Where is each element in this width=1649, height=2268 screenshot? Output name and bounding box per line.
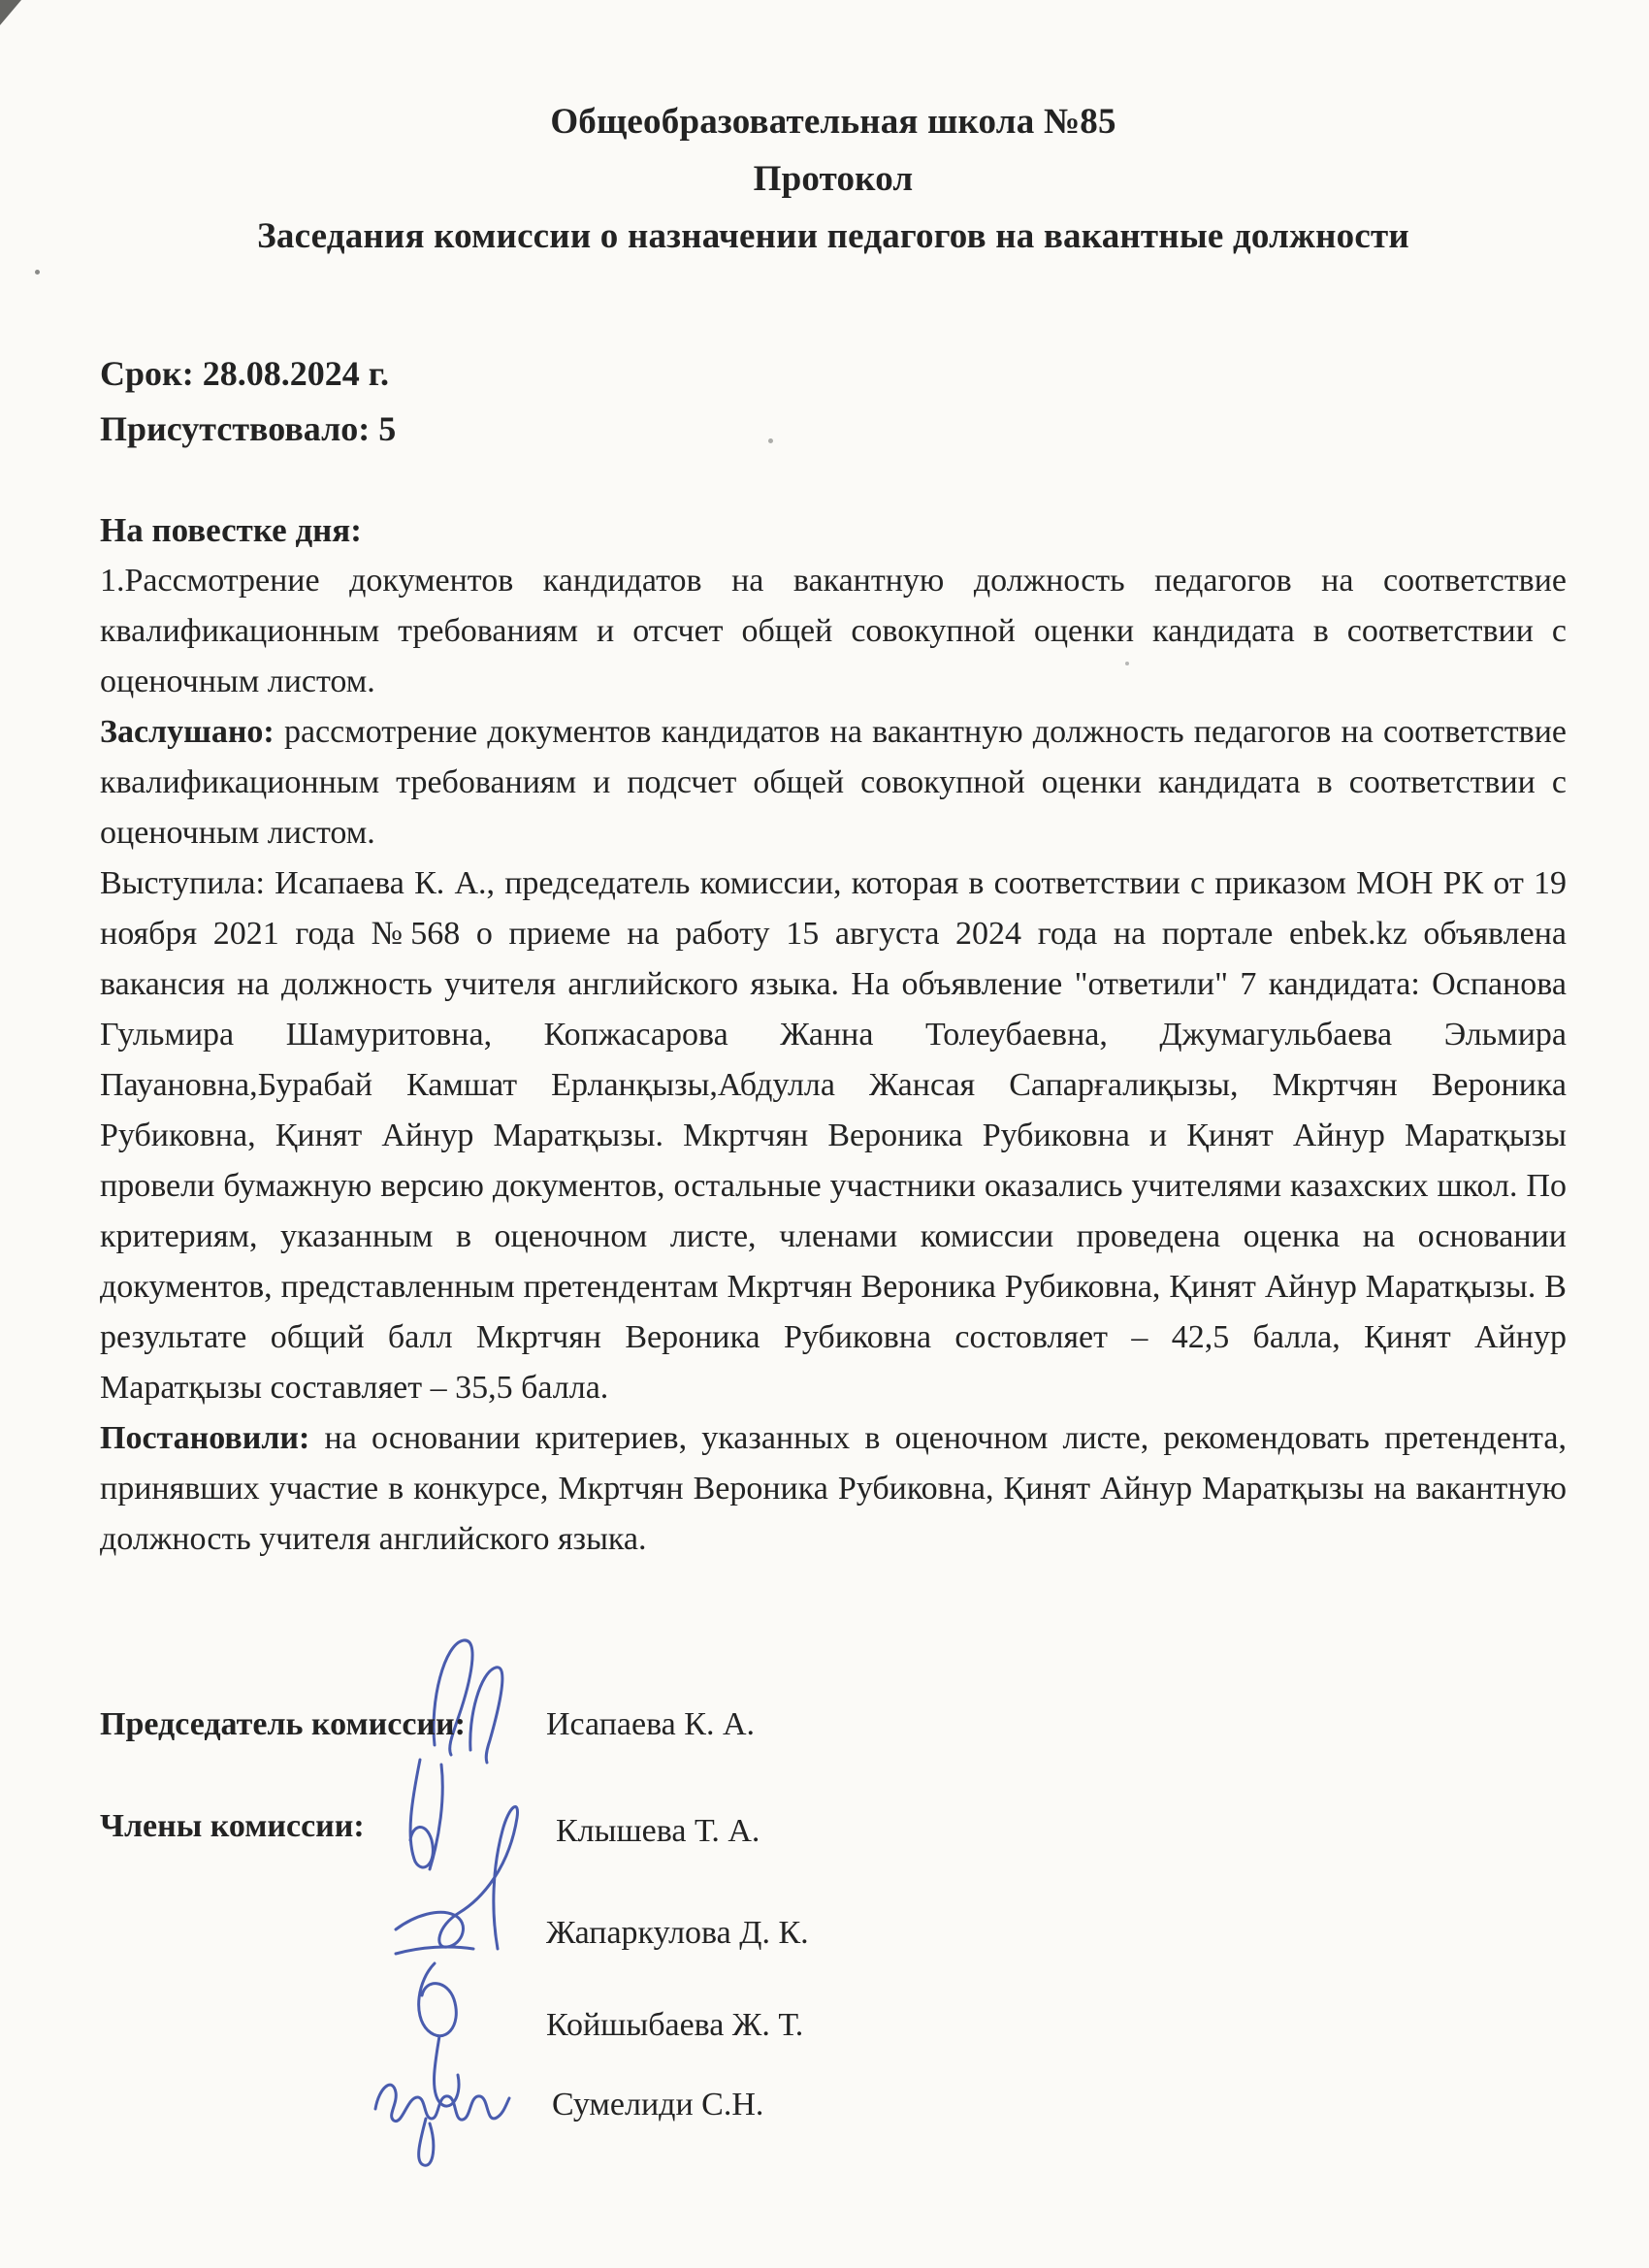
chairman-label: Председатель комиссии: bbox=[100, 1706, 466, 1743]
member-name: Койшыбаева Ж. Т. bbox=[546, 2007, 803, 2044]
document-type-title: Протокол bbox=[100, 150, 1567, 208]
member-name: Жапаркулова Д. К. bbox=[546, 1915, 809, 1952]
signature-stroke bbox=[375, 2085, 509, 2121]
attendance-line: Присутствовало: 5 bbox=[100, 402, 1567, 457]
scan-artifact-corner bbox=[0, 0, 21, 25]
heard-text: рассмотрение документов кандидатов на ва… bbox=[100, 714, 1567, 851]
member-name: Сумелиди С.Н. bbox=[552, 2087, 763, 2123]
member-name: Клышева Т. А. bbox=[556, 1813, 760, 1850]
agenda-item: 1.Рассмотрение документов кандидатов на … bbox=[100, 556, 1567, 707]
date-line: Срок: 28.08.2024 г. bbox=[100, 346, 1567, 402]
scanned-document-page: Общеобразовательная школа №85 Протокол З… bbox=[0, 0, 1649, 2268]
school-name: Общеобразовательная школа №85 bbox=[100, 93, 1567, 150]
signature-stroke bbox=[396, 1947, 473, 1954]
heard-lead: Заслушано: bbox=[100, 714, 275, 750]
resolved-paragraph: Постановили: на основании критериев, ука… bbox=[100, 1413, 1567, 1565]
signature-block: Председатель комиссии: Исапаева К. А. Чл… bbox=[100, 1679, 1567, 2222]
resolved-text: на основании критериев, указанных в оцен… bbox=[100, 1420, 1567, 1557]
resolved-lead: Постановили: bbox=[100, 1420, 309, 1456]
members-label: Члены комиссии: bbox=[100, 1808, 365, 1845]
signature-stroke bbox=[419, 1963, 457, 2036]
meta-block: Срок: 28.08.2024 г. Присутствовало: 5 bbox=[100, 346, 1567, 457]
agenda-heading: На повестке дня: bbox=[100, 505, 1567, 556]
document-subtitle: Заседания комиссии о назначении педагого… bbox=[100, 208, 1567, 265]
chairman-name: Исапаева К. А. bbox=[546, 1706, 755, 1743]
heard-paragraph: Заслушано: рассмотрение документов канди… bbox=[100, 707, 1567, 859]
scan-speck bbox=[35, 270, 40, 275]
document-header: Общеобразовательная школа №85 Протокол З… bbox=[100, 93, 1567, 265]
signature-stroke bbox=[470, 1668, 502, 1763]
protocol-document: Общеобразовательная школа №85 Протокол З… bbox=[100, 93, 1567, 2222]
speech-paragraph: Выступила: Исапаева К. А., председатель … bbox=[100, 859, 1567, 1413]
signature-stroke bbox=[396, 1806, 518, 1949]
signature-stroke bbox=[410, 1760, 433, 1867]
signature-stroke bbox=[419, 2119, 434, 2165]
